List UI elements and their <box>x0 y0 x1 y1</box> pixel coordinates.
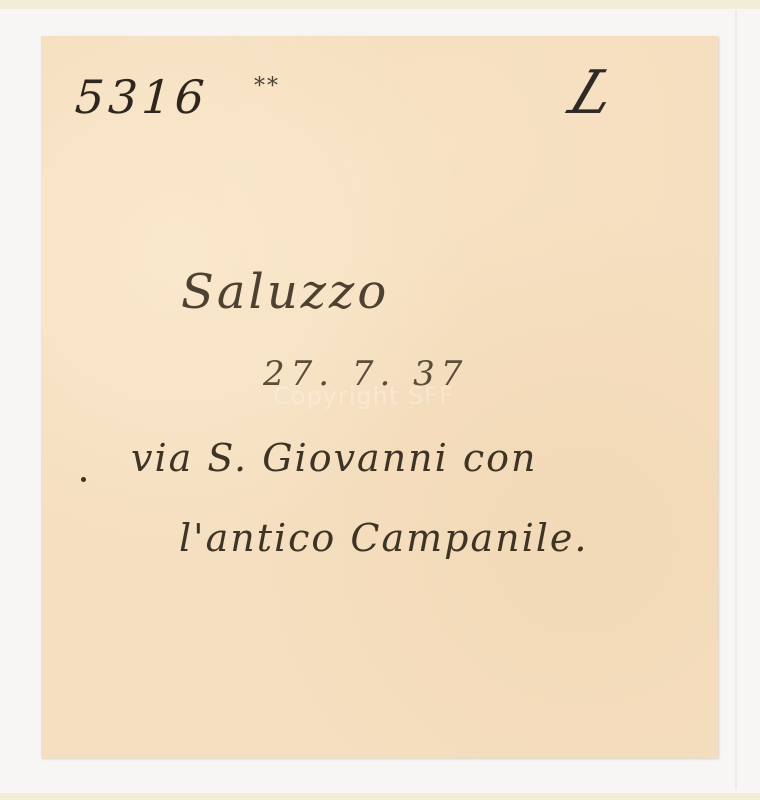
description-line-1: via S. Giovanni con <box>131 436 538 480</box>
place-name: Saluzzo <box>181 264 389 320</box>
inventory-number: 5316 <box>68 70 215 124</box>
copyright-watermark: Copyright SFF <box>273 382 454 410</box>
inventory-marks: ** <box>254 74 280 99</box>
corner-letter: L <box>553 58 634 128</box>
mat-bottom-strip <box>0 793 760 800</box>
mat-edge-shadow <box>735 10 737 790</box>
description-line-2: l'antico Campanile. <box>179 516 588 560</box>
archival-card: 5316 ** L Saluzzo 27. 7. 37 via S. Giova… <box>41 36 718 758</box>
mat-top-strip <box>0 0 760 9</box>
ink-dot <box>81 477 86 482</box>
